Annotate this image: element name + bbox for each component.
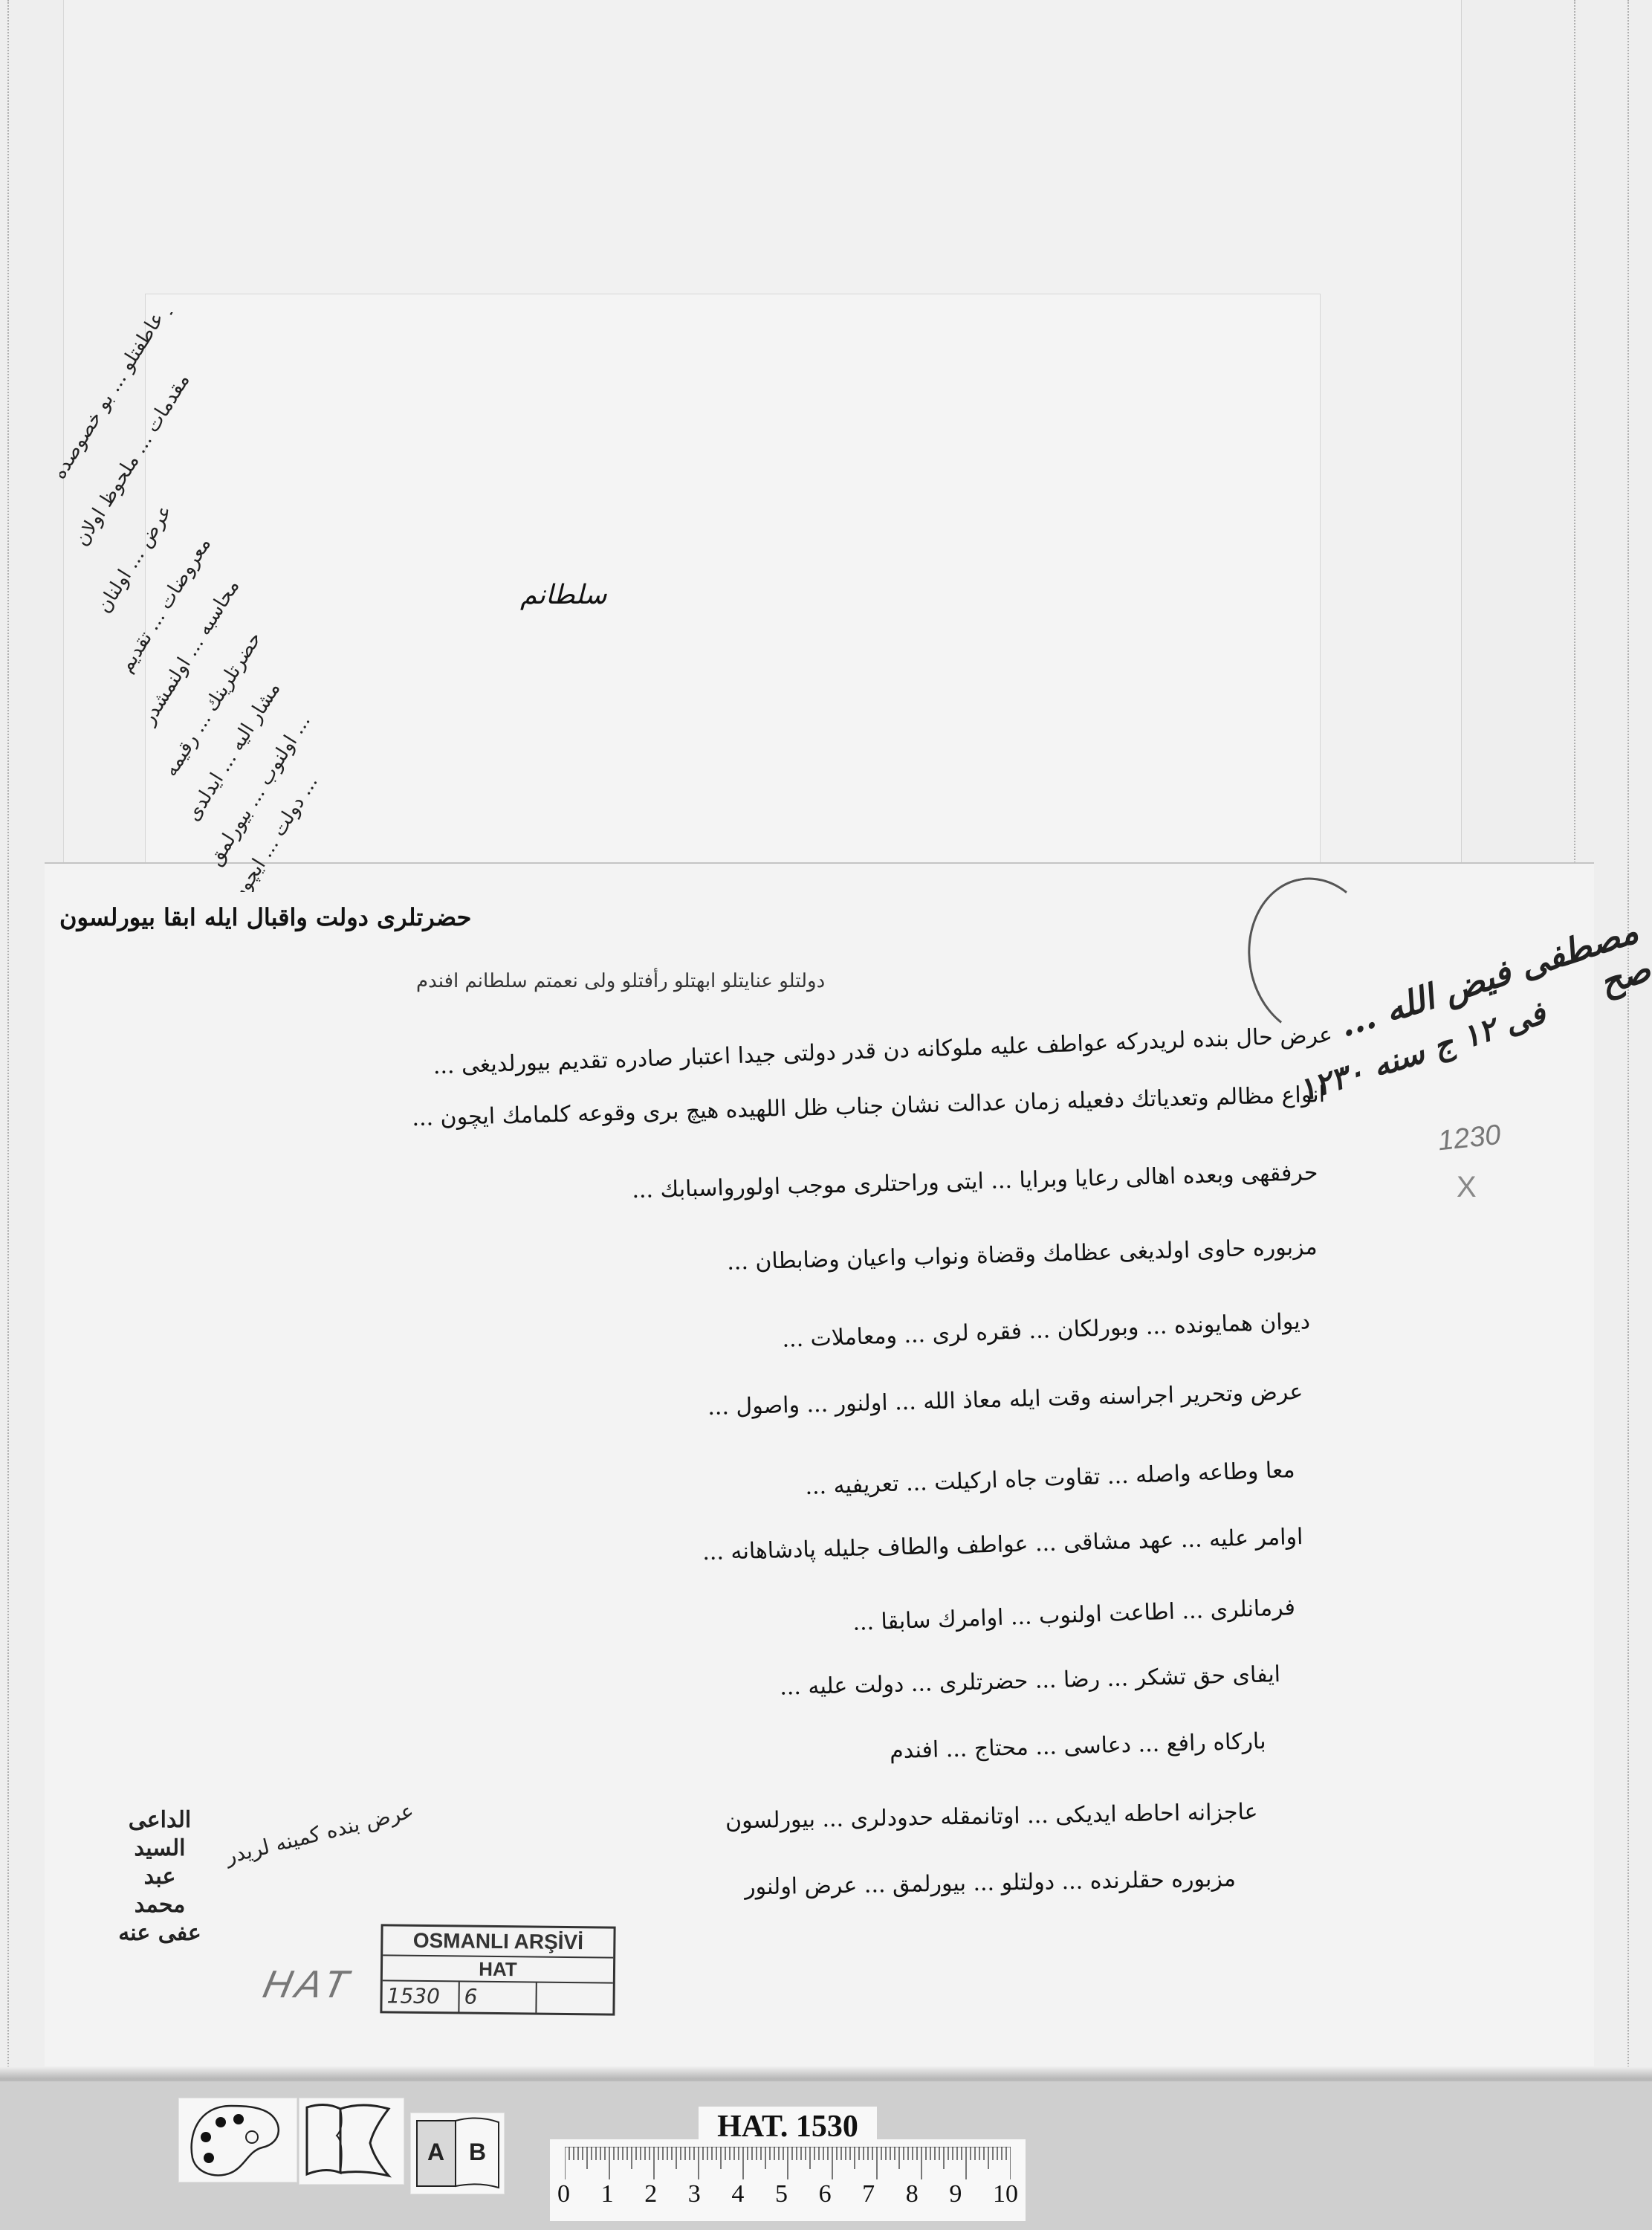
scanner-edge-left (7, 0, 9, 2081)
scanner-edge-right-outer (1627, 0, 1629, 2081)
card-letter-a: A (427, 2139, 444, 2166)
ruler-label: 2 (644, 2180, 657, 2213)
ruler-label: 9 (949, 2180, 962, 2213)
signature-block: الداعی السید عبد محمد عفی عنه (108, 1806, 212, 1948)
sultan-heading: سلطانم (520, 580, 607, 610)
archive-name: OSMANLI ARŞİVİ (383, 1926, 613, 1958)
color-palette-card (178, 2098, 297, 2182)
collection-name: HAT (383, 1956, 613, 1983)
ruler-label: 7 (862, 2180, 875, 2213)
color-palette-icon (179, 2098, 297, 2182)
ruler-label: 3 (688, 2180, 701, 2213)
pencil-cross-mark: X (1457, 1171, 1477, 1204)
margin-line: مقدمات ... ملحوظ اولان (71, 370, 195, 550)
ruler-ticks (565, 2147, 1011, 2179)
folded-document-icon (299, 2098, 404, 2184)
signature-line: عفی عنه (108, 1919, 212, 1948)
scale-ruler: 0 1 2 3 4 5 6 7 8 9 10 (550, 2139, 1026, 2221)
ruler-label: 8 (906, 2180, 919, 2213)
margin-line: محاسبه ... اولنمشدر (137, 576, 244, 728)
margin-closing-line: حضرتلری دولت واقبال ایله ابقا بیورلسون (59, 903, 471, 931)
ruler-label: 4 (731, 2180, 744, 2213)
invocation-line: دولتلو عنایتلو ابهتلو رأفتلو ولی نعمتم س… (416, 970, 825, 992)
ruler-labels: 0 1 2 3 4 5 6 7 8 9 10 (557, 2180, 1018, 2213)
ruler-label: 6 (819, 2180, 832, 2213)
signature-line: محمد (108, 1891, 212, 1919)
folded-document-card (299, 2098, 404, 2185)
ruler-label: 5 (775, 2180, 788, 2213)
open-book-icon (411, 2113, 504, 2194)
ruler-label: 1 (601, 2180, 614, 2213)
ruler-label: 10 (993, 2180, 1018, 2213)
card-letter-b: B (469, 2139, 486, 2166)
pencil-collection-note: HAT (259, 1962, 357, 2007)
ruler-label: 0 (557, 2180, 570, 2213)
catalog-number: 1530 (382, 1981, 459, 2011)
signature-line: عبد (108, 1863, 212, 1891)
ab-reference-card: A B (410, 2113, 505, 2194)
archive-stamp: OSMANLI ARŞİVİ HAT 1530 6 (380, 1924, 615, 2015)
pencil-number: 1230 (1436, 1119, 1503, 1158)
empty-cell (537, 1983, 612, 2014)
margin-note: مرحمتلو عاطفتلو ... بو خصوصده مقدمات ...… (59, 312, 535, 892)
signature-line: الداعی (108, 1806, 212, 1835)
folder-number: 6 (459, 1982, 537, 2012)
signature-line: السید (108, 1835, 212, 1863)
